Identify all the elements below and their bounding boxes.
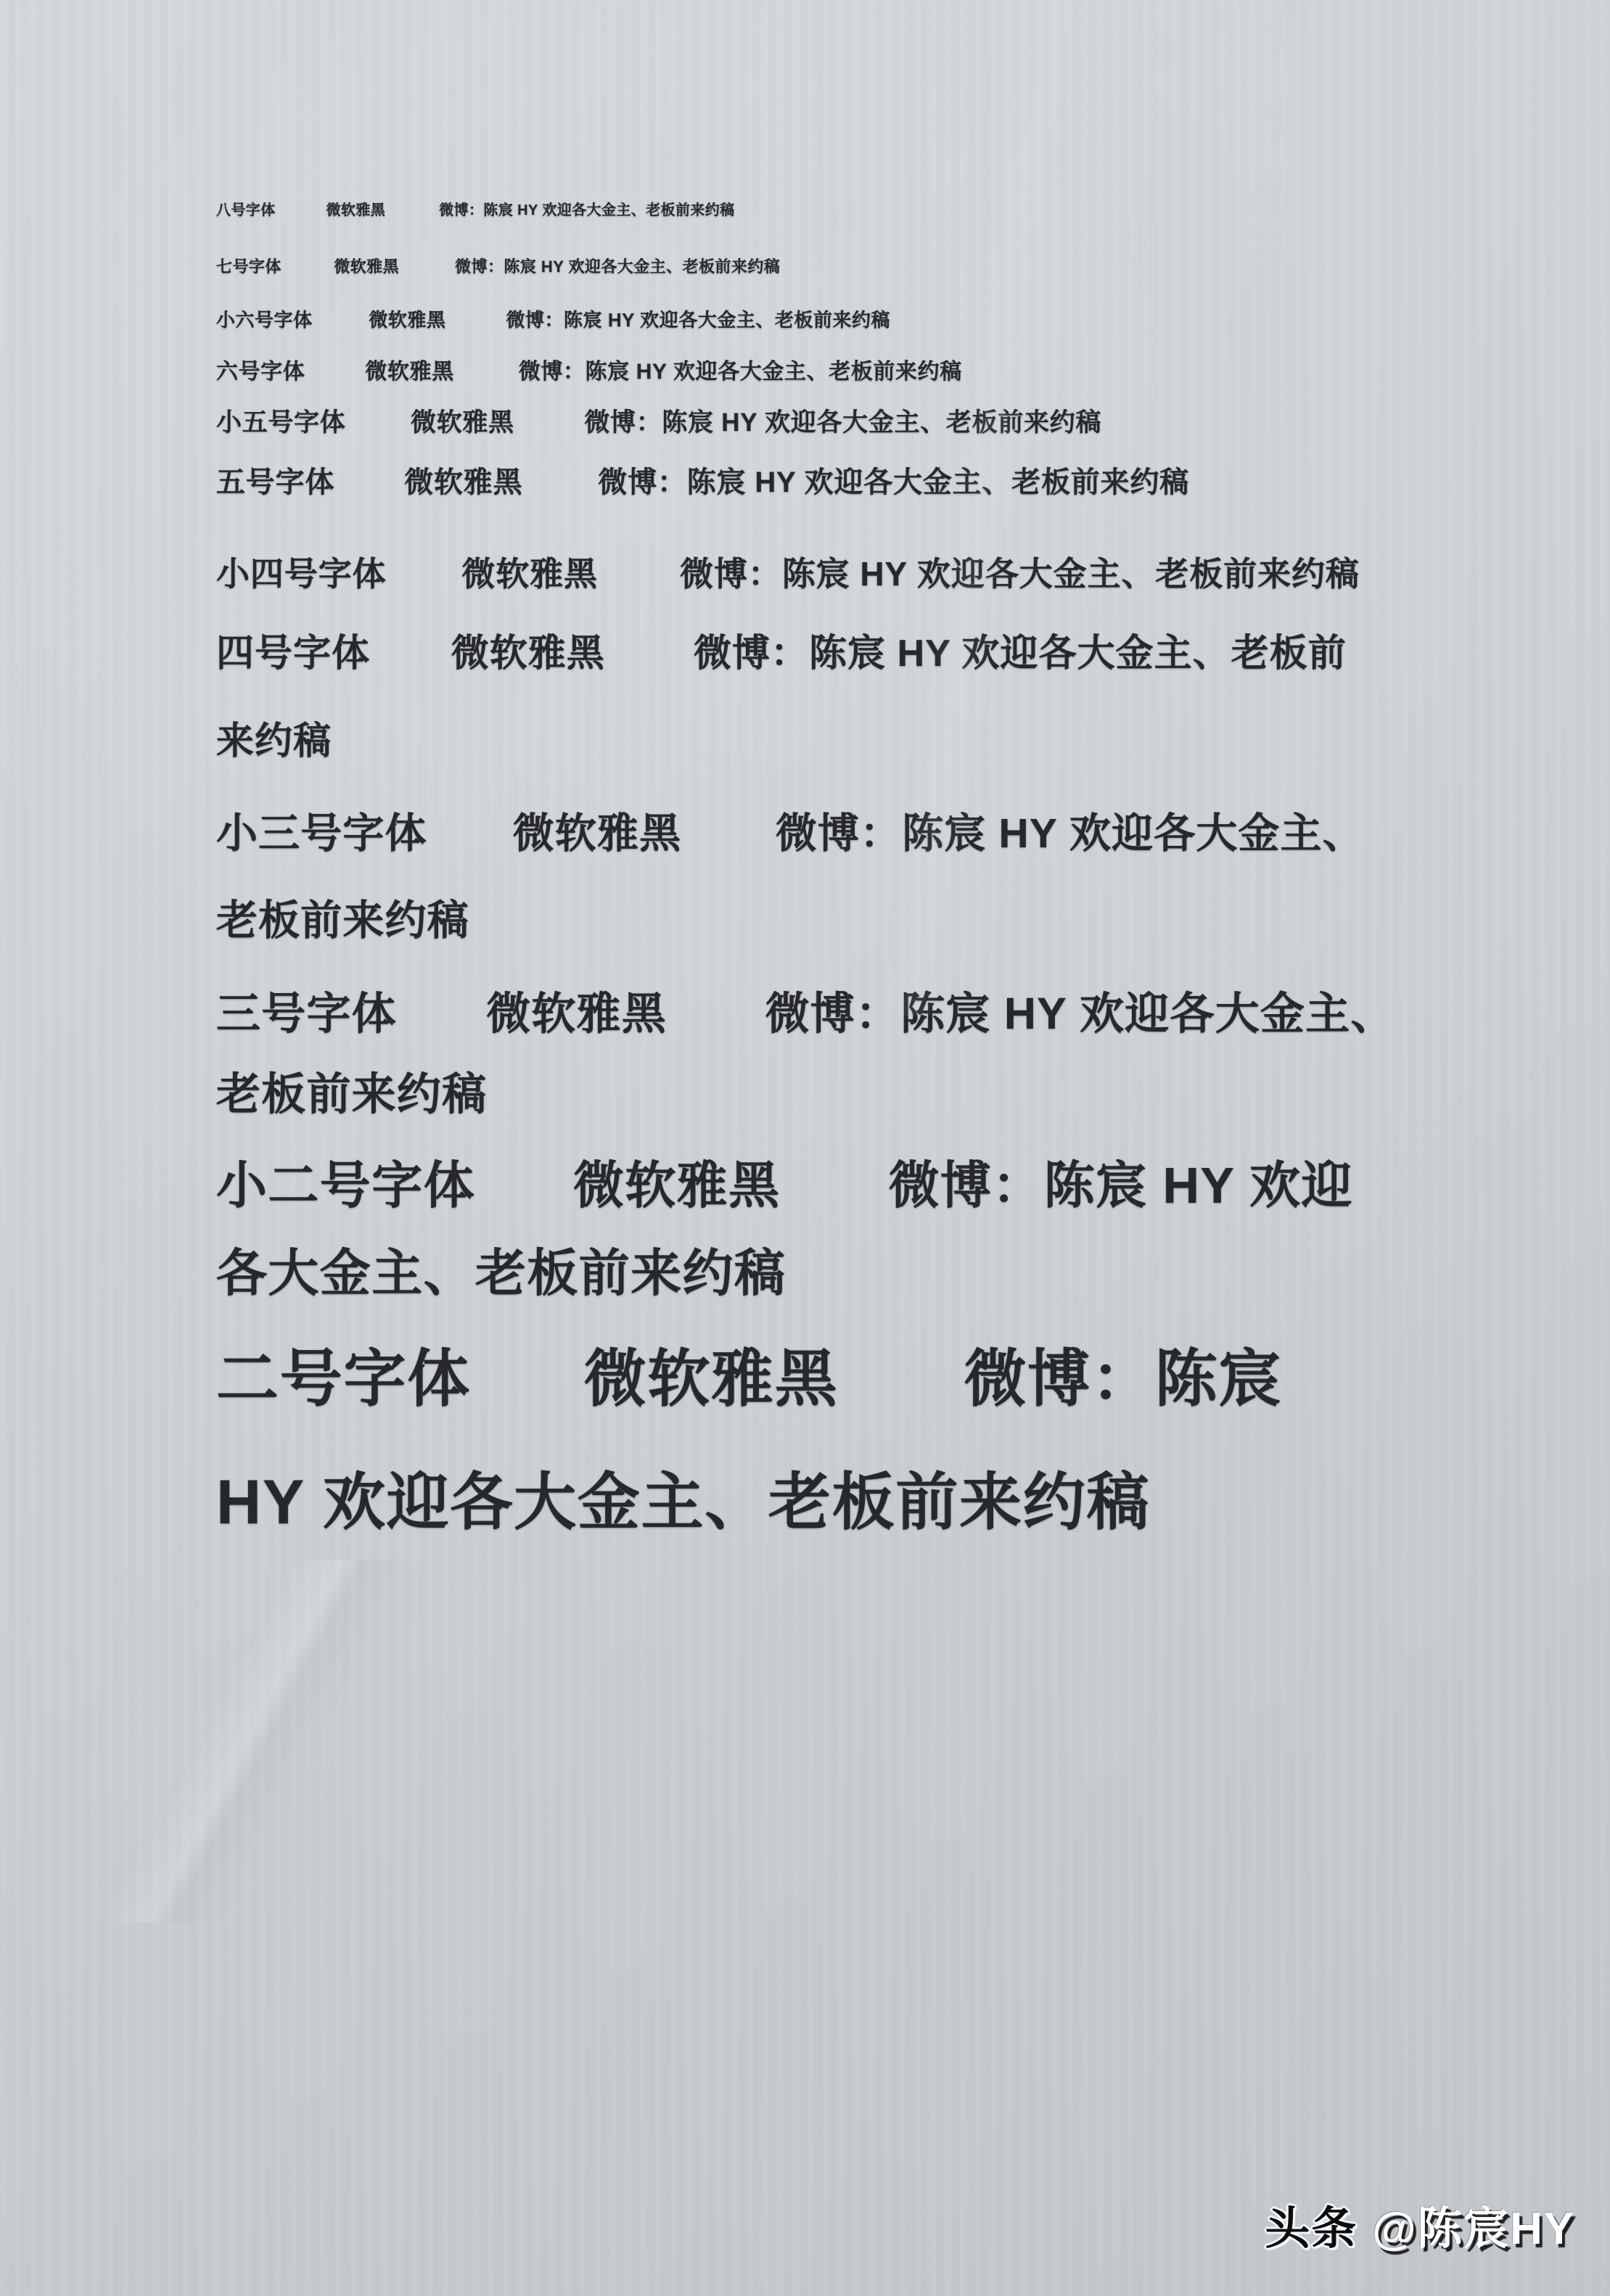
font-size-label: 二号字体 — [216, 1348, 471, 1410]
font-size-label: 小六号字体 — [216, 310, 313, 329]
watermark-author-handle: @陈宸HY — [1372, 2204, 1575, 2254]
specimen-row-size-4-small: 小四号字体微软雅黑微博：陈宸 HY 欢迎各大金主、老板前来约稿 — [216, 557, 1360, 591]
weibo-sample-text: 微博：陈宸 HY 欢迎各大金主、老板前来约稿 — [455, 259, 780, 275]
paper-sheet-photo: 八号字体微软雅黑微博：陈宸 HY 欢迎各大金主、老板前来约稿七号字体微软雅黑微博… — [0, 0, 1610, 2296]
typeface-label: 微软雅黑 — [326, 203, 386, 218]
toutiao-logo-text: 头条 — [1265, 2204, 1358, 2254]
typeface-label: 微软雅黑 — [404, 468, 522, 497]
font-size-label: 六号字体 — [216, 361, 305, 383]
font-size-label: 四号字体 — [216, 635, 370, 672]
specimen-row-size-3: 三号字体微软雅黑微博：陈宸 HY 欢迎各大金主、 — [216, 992, 1396, 1036]
weibo-sample-text: 微博：陈宸 HY 欢迎各大金主、老板前来约稿 — [598, 468, 1189, 497]
weibo-sample-text: 微博：陈宸 HY 欢迎各大金主、老板前来约稿 — [439, 203, 734, 218]
typeface-label: 微软雅黑 — [461, 557, 598, 591]
weibo-sample-continuation: 老板前来约稿 — [216, 1072, 487, 1116]
weibo-sample-continuation: 各大金主、老板前来约稿 — [216, 1248, 786, 1299]
specimen-row-size-6: 六号字体微软雅黑微博：陈宸 HY 欢迎各大金主、老板前来约稿 — [216, 361, 962, 383]
font-size-label: 七号字体 — [216, 259, 282, 275]
weibo-sample-continuation: 来约稿 — [216, 723, 332, 760]
weibo-sample-text: 微博：陈宸 HY 欢迎各大金主、 — [776, 813, 1365, 855]
typeface-label: 微软雅黑 — [513, 813, 682, 855]
font-size-label: 小五号字体 — [216, 410, 346, 435]
font-size-label: 五号字体 — [216, 468, 334, 497]
specimen-row-size-3-small: 小三号字体微软雅黑微博：陈宸 HY 欢迎各大金主、 — [216, 813, 1365, 855]
typeface-label: 微软雅黑 — [451, 635, 605, 672]
weibo-sample-continuation: 老板前来约稿 — [216, 900, 469, 942]
specimen-row-size-4: 四号字体微软雅黑微博：陈宸 HY 欢迎各大金主、老板前 — [216, 635, 1347, 672]
weibo-sample-text: 微博：陈宸 HY 欢迎各大金主、老板前来约稿 — [506, 310, 891, 329]
specimen-row-size-6-small: 小六号字体微软雅黑微博：陈宸 HY 欢迎各大金主、老板前来约稿 — [216, 310, 890, 329]
weibo-sample-text: 微博：陈宸 HY 欢迎各大金主、老板前来约稿 — [584, 410, 1101, 435]
font-size-label: 小二号字体 — [216, 1160, 475, 1211]
specimen-continuation-size-2-small: 各大金主、老板前来约稿 — [216, 1248, 786, 1299]
typeface-label: 微软雅黑 — [411, 410, 514, 435]
weibo-sample-text: 微博：陈宸 HY 欢迎各大金主、老板前来约稿 — [680, 557, 1360, 591]
weibo-sample-text: 微博：陈宸 HY 欢迎 — [889, 1160, 1353, 1211]
typeface-label: 微软雅黑 — [573, 1160, 781, 1211]
weibo-sample-continuation: HY 欢迎各大金主、老板前来约稿 — [216, 1471, 1150, 1534]
specimen-continuation-size-4: 来约稿 — [216, 723, 332, 760]
weibo-sample-text: 微博：陈宸 — [964, 1348, 1283, 1410]
toutiao-watermark: 头条@陈宸HY — [1265, 2207, 1575, 2252]
typeface-label: 微软雅黑 — [334, 259, 399, 275]
specimen-row-size-2: 二号字体微软雅黑微博：陈宸 — [216, 1348, 1282, 1410]
specimen-row-size-8: 八号字体微软雅黑微博：陈宸 HY 欢迎各大金主、老板前来约稿 — [216, 203, 735, 218]
font-size-label: 三号字体 — [216, 992, 397, 1036]
font-size-label: 小四号字体 — [216, 557, 387, 591]
typeface-label: 微软雅黑 — [365, 361, 453, 383]
specimen-continuation-size-3: 老板前来约稿 — [216, 1072, 487, 1116]
specimen-row-size-7: 七号字体微软雅黑微博：陈宸 HY 欢迎各大金主、老板前来约稿 — [216, 259, 780, 275]
typeface-label: 微软雅黑 — [584, 1348, 839, 1410]
specimen-row-size-2-small: 小二号字体微软雅黑微博：陈宸 HY 欢迎 — [216, 1160, 1353, 1211]
font-size-label: 八号字体 — [216, 203, 276, 218]
weibo-sample-text: 微博：陈宸 HY 欢迎各大金主、老板前来约稿 — [519, 361, 962, 383]
weibo-sample-text: 微博：陈宸 HY 欢迎各大金主、老板前 — [694, 635, 1347, 672]
specimen-continuation-size-3-small: 老板前来约稿 — [216, 900, 469, 942]
font-size-label: 小三号字体 — [216, 813, 427, 855]
typeface-label: 微软雅黑 — [369, 310, 445, 329]
weibo-sample-text: 微博：陈宸 HY 欢迎各大金主、 — [765, 992, 1396, 1036]
specimen-row-size-5-small: 小五号字体微软雅黑微博：陈宸 HY 欢迎各大金主、老板前来约稿 — [216, 410, 1101, 435]
typeface-label: 微软雅黑 — [486, 992, 667, 1036]
specimen-row-size-5: 五号字体微软雅黑微博：陈宸 HY 欢迎各大金主、老板前来约稿 — [216, 468, 1189, 497]
specimen-continuation-size-2: HY 欢迎各大金主、老板前来约稿 — [216, 1471, 1150, 1534]
